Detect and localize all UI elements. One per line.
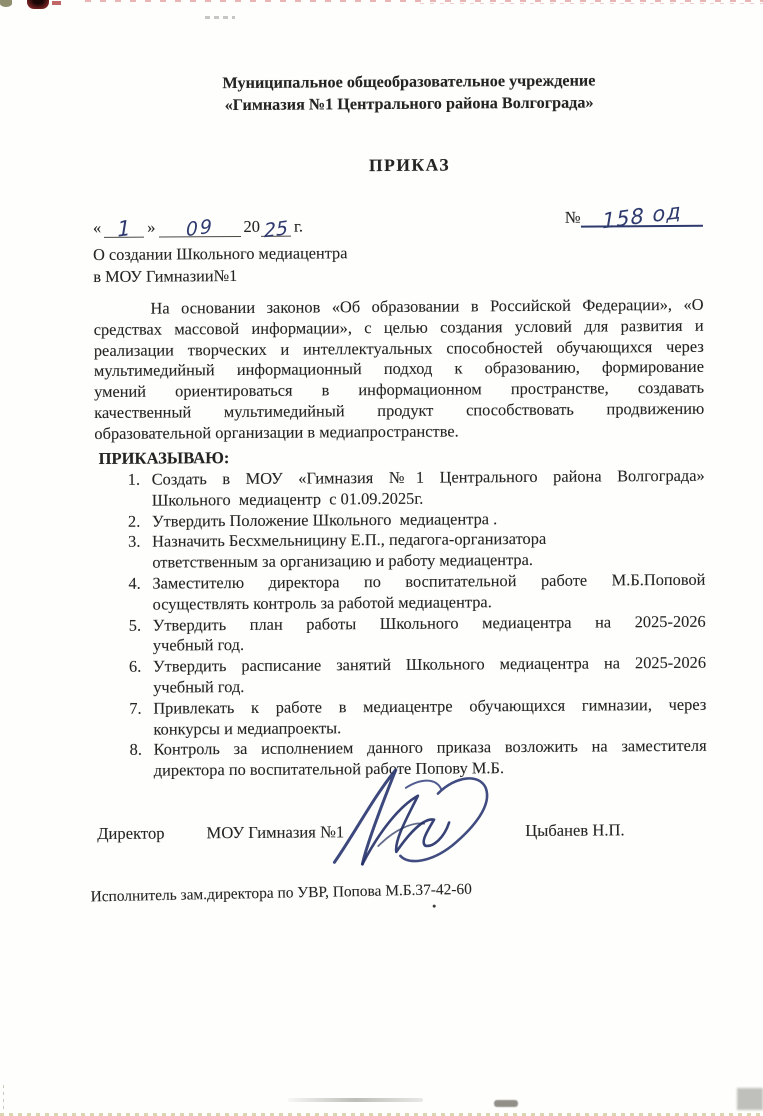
document-content: Муниципальное общеобразовательное учрежд… (0, 0, 763, 1116)
signature-ink (320, 759, 516, 872)
ink-dot (433, 905, 436, 908)
handwritten-year: 25 (264, 217, 289, 242)
item-number: 3. (128, 532, 152, 574)
date-month-blank: 09 (158, 217, 240, 238)
item-text: Заместителю директора по воспитательной … (152, 570, 705, 615)
signer-role: Директор (97, 824, 164, 843)
org-name-line2: «Гимназия №1 Центрального района Волгогр… (104, 91, 714, 117)
document-title: ПРИКАЗ (92, 153, 714, 178)
item-text: Утвердить расписание занятий Школьного м… (153, 653, 706, 698)
executor-line: Исполнитель зам.директора по УВР, Попова… (90, 878, 610, 906)
order-item: 4.Заместителю директора по воспитательно… (95, 570, 705, 616)
order-item: 3.Назначить Бесхмельницину Е.П., педагог… (95, 528, 705, 574)
item-text: Утвердить план работы Школьного медиацен… (153, 611, 706, 656)
order-item: 1.Создать в МОУ «Гимназия №1 Центральног… (95, 466, 705, 512)
order-item: 7.Привлекать к работе в медиацентре обуч… (96, 694, 706, 740)
handwritten-day: 1 (117, 216, 131, 242)
item-number: 7. (129, 698, 153, 740)
item-number: 2. (128, 511, 152, 532)
date-suffix: г. (294, 217, 303, 237)
item-number: 4. (128, 574, 152, 616)
order-number: № 158 од (565, 202, 703, 228)
date-open-quote: « (93, 218, 101, 238)
item-number: 8. (130, 740, 154, 782)
meta-row: « 1 » 09 20 25 г. № 158 од (93, 214, 703, 238)
handwritten-month: 09 (185, 215, 213, 241)
order-heading: ПРИКАЗЫВАЮ: (98, 445, 708, 469)
signer-name: Цыбанев Н.П. (525, 820, 625, 841)
subject-line2: в МОУ Гимназии№1 (93, 262, 703, 289)
item-number: 1. (128, 470, 152, 512)
order-items: 1.Создать в МОУ «Гимназия №1 Центральног… (95, 466, 707, 782)
item-number: 6. (129, 657, 153, 699)
number-blank: 158 од (581, 202, 703, 228)
item-text: Привлекать к работе в медиацентре обучаю… (153, 694, 706, 739)
scanned-order-page: Муниципальное общеобразовательное учрежд… (0, 0, 763, 1116)
org-header: Муниципальное общеобразовательное учрежд… (92, 69, 714, 117)
number-sign: № (565, 208, 581, 228)
date-year-blank: 25 (261, 217, 291, 237)
date-year-printed: 20 (243, 217, 260, 237)
order-item: 5.Утвердить план работы Школьного медиац… (96, 611, 706, 657)
date-close-quote: » (147, 218, 155, 238)
order-item: 6.Утвердить расписание занятий Школьного… (96, 653, 706, 699)
item-text: Назначить Бесхмельницину Е.П., педагога-… (152, 528, 705, 573)
subject: О создании Школьного медиацентра в МОУ Г… (93, 240, 703, 289)
item-number: 5. (129, 615, 153, 657)
date-day-blank: 1 (104, 218, 144, 238)
item-text: Создать в МОУ «Гимназия №1 Центрального … (152, 466, 705, 511)
preamble: На основании законов «Об образовании в Р… (93, 295, 704, 445)
